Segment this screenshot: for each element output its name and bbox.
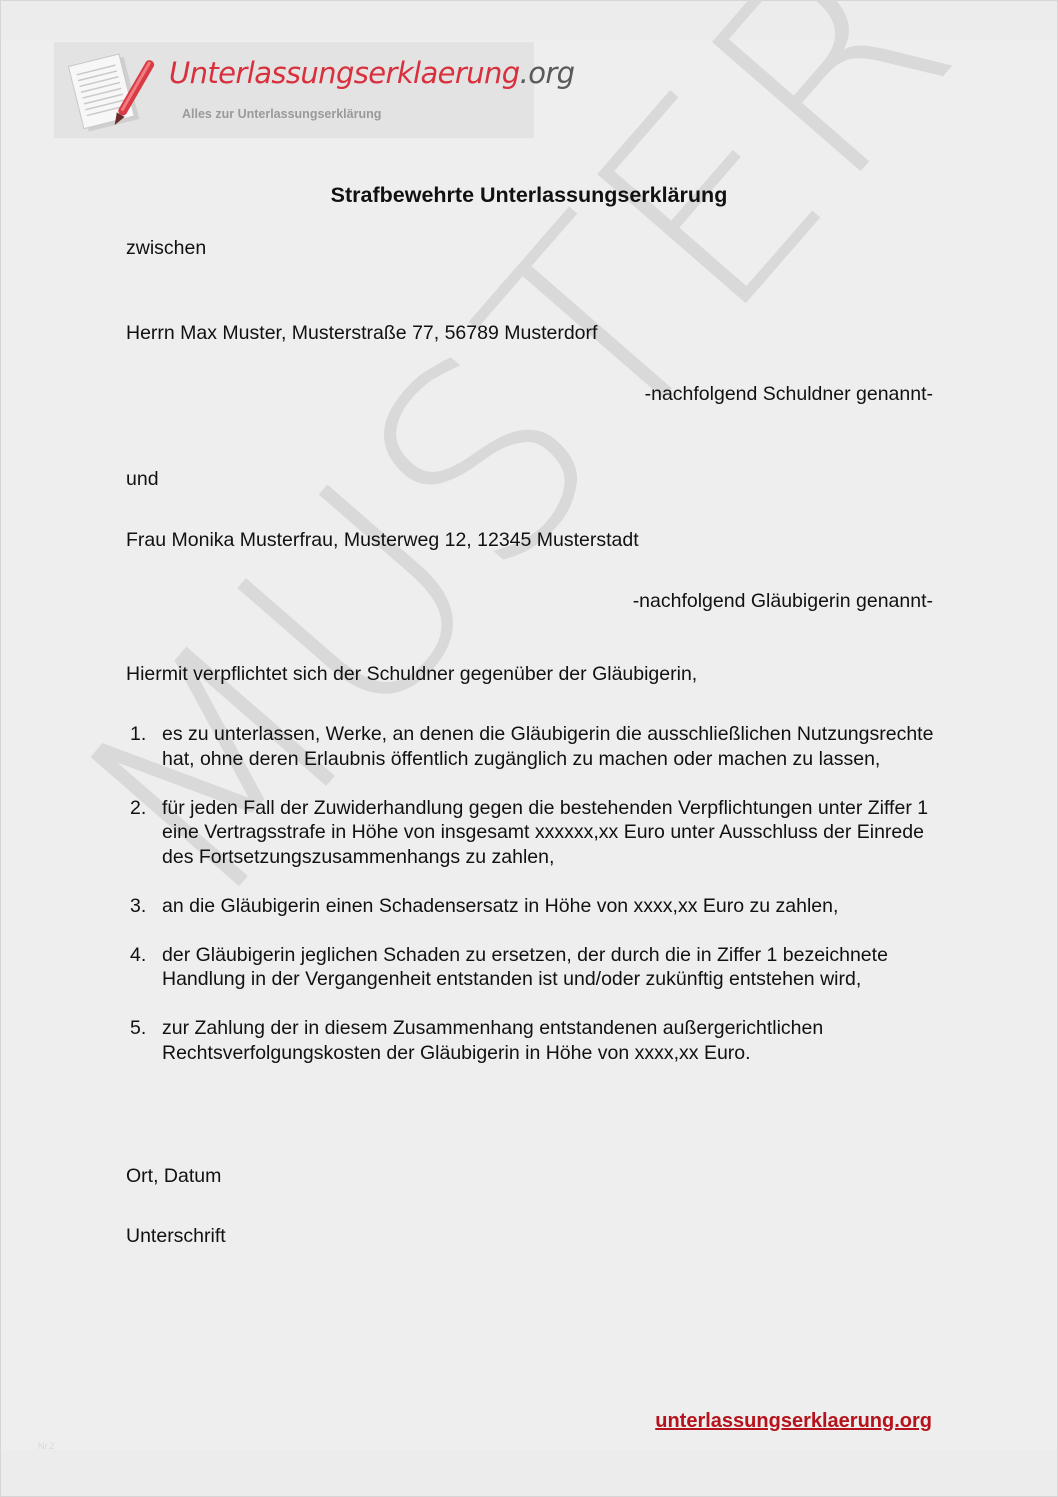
item-number: 5. bbox=[130, 1016, 146, 1041]
party1-role: -nachfolgend Schuldner genannt- bbox=[645, 383, 933, 406]
item-number: 3. bbox=[130, 894, 146, 919]
page-mark: Nr.2 bbox=[38, 1441, 55, 1451]
list-item: 2. für jeden Fall der Zuwiderhandlung ge… bbox=[126, 796, 946, 870]
party2-role: -nachfolgend Gläubigerin genannt- bbox=[633, 590, 933, 613]
and-label: und bbox=[126, 468, 159, 491]
party1-address: Herrn Max Muster, Musterstraße 77, 56789… bbox=[126, 322, 597, 345]
list-item: 1. es zu unterlassen, Werke, an denen di… bbox=[126, 722, 946, 771]
signature-label: Unterschrift bbox=[126, 1225, 226, 1248]
obligation-list: 1. es zu unterlassen, Werke, an denen di… bbox=[126, 722, 946, 1090]
document-title: Strafbewehrte Unterlassungserklärung bbox=[0, 183, 1058, 208]
place-date-label: Ort, Datum bbox=[126, 1165, 221, 1188]
item-number: 2. bbox=[130, 796, 146, 821]
item-text: der Gläubigerin jeglichen Schaden zu ers… bbox=[162, 944, 888, 991]
item-number: 4. bbox=[130, 943, 146, 968]
item-text: es zu unterlassen, Werke, an denen die G… bbox=[162, 723, 933, 770]
item-text: für jeden Fall der Zuwiderhandlung gegen… bbox=[162, 797, 928, 868]
between-label: zwischen bbox=[126, 237, 206, 260]
list-item: 5. zur Zahlung der in diesem Zusammenhan… bbox=[126, 1016, 946, 1065]
party2-address: Frau Monika Musterfrau, Musterweg 12, 12… bbox=[126, 529, 639, 552]
item-text: zur Zahlung der in diesem Zusammenhang e… bbox=[162, 1017, 823, 1064]
list-item: 4. der Gläubigerin jeglichen Schaden zu … bbox=[126, 943, 946, 992]
obligation-intro: Hiermit verpflichtet sich der Schuldner … bbox=[126, 663, 697, 686]
item-text: an die Gläubigerin einen Schadensersatz … bbox=[162, 895, 838, 917]
footer-website-link[interactable]: unterlassungserklaerung.org bbox=[655, 1410, 932, 1433]
item-number: 1. bbox=[130, 722, 146, 747]
list-item: 3. an die Gläubigerin einen Schadensersa… bbox=[126, 894, 946, 919]
document-body: Strafbewehrte Unterlassungserklärung zwi… bbox=[0, 0, 1058, 1497]
